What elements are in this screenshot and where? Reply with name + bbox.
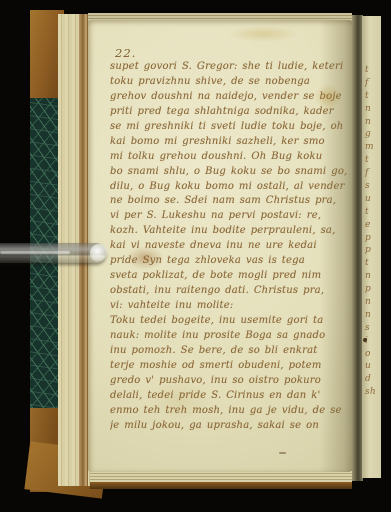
text-fragment: s: [365, 322, 381, 335]
paper-stain: [228, 26, 298, 42]
text-line: supet govori S. Gregor: she ti ludie, ke…: [110, 60, 350, 75]
glass-rod-page-weight: [0, 243, 106, 263]
text-line: ne boimo se. Sdei nam sam Christus pra,: [110, 194, 350, 209]
text-fragment: t: [365, 154, 381, 167]
text-fragment: n: [365, 103, 381, 116]
text-line: bo snami shlu, o Bug koku se bo snami go…: [110, 165, 350, 180]
text-line: obstati, inu raitengo dati. Christus pra…: [110, 284, 350, 299]
paper-stain: [150, 380, 210, 420]
text-fragment: f: [365, 77, 381, 90]
open-manuscript-book-photo: 22. supet govori S. Gregor: she ti ludie…: [0, 0, 391, 512]
text-line: je milu jokou, ga uprasha, sakai se on: [110, 419, 350, 434]
text-fragment: u: [365, 193, 381, 206]
text-fragment: u: [365, 360, 381, 373]
text-fragment: t: [365, 206, 381, 219]
text-line: nauk: molite inu prosite Boga sa gnado: [110, 329, 350, 344]
text-fragment: s: [365, 180, 381, 193]
text-line: toku pravizhnu shive, de se nobenga: [110, 75, 350, 90]
right-page-sliver: tftnngmtfsutepptnpnnsioudsh: [362, 16, 381, 478]
text-fragment: d: [365, 373, 381, 386]
text-line: vi: vahteite inu molite:: [110, 299, 350, 314]
text-line: priti pred tega shlahtniga sodnika, kade…: [110, 105, 350, 120]
text-fragment: p: [365, 244, 381, 257]
paper-speck: [363, 338, 367, 342]
text-fragment: m: [365, 141, 381, 154]
text-fragment: p: [365, 283, 381, 296]
text-line: gredo v' pushavo, inu so oistro pokuro: [110, 374, 350, 389]
paper-stain: [314, 84, 342, 110]
left-page: 22. supet govori S. Gregor: she ti ludie…: [88, 20, 354, 472]
text-fragment: p: [365, 232, 381, 245]
text-line: mi tolku grehou doushni. Oh Bug koku: [110, 150, 350, 165]
text-fragment: i: [365, 335, 381, 348]
text-line: Toku tedei bogeite, inu usemite gori ta: [110, 314, 350, 329]
text-fragment: n: [365, 296, 381, 309]
text-fragment: n: [365, 116, 381, 129]
page-number: 22.: [115, 46, 136, 60]
text-fragment: t: [365, 64, 381, 77]
text-line: inu pomozh. Se bere, de so bli enkrat: [110, 344, 350, 359]
text-line: se mi greshniki ti sveti ludie toku boje…: [110, 120, 350, 135]
text-fragment: t: [365, 257, 381, 270]
text-fragment: o: [365, 348, 381, 361]
text-fragment: t: [365, 90, 381, 103]
text-fragment: f: [365, 167, 381, 180]
text-fragment: sh: [365, 386, 381, 399]
rod-tip: [90, 244, 108, 262]
text-fragment: n: [365, 309, 381, 322]
text-line: delali, tedei pride S. Cirinus en dan k': [110, 389, 350, 404]
text-line: kai bomo mi greshniki sazheli, ker smo: [110, 135, 350, 150]
text-line: kozh. Vahteite inu bodite perprauleni, s…: [110, 224, 350, 239]
rod-highlight: [0, 251, 70, 254]
text-fragment: n: [365, 270, 381, 283]
text-fragment: e: [365, 219, 381, 232]
paper-speck: [279, 452, 286, 454]
ink-blot: [126, 246, 164, 270]
text-line: enmo teh treh mosh, inu ga je vidu, de s…: [110, 404, 350, 419]
text-line: terje moshie od smerti obudeni, potem: [110, 359, 350, 374]
text-line: dilu, o Bug koku bomo mi ostali, al vend…: [110, 180, 350, 195]
text-line: sveta poklizat, de bote mogli pred nim: [110, 269, 350, 284]
facing-page-text-fragments: tftnngmtfsutepptnpnnsioudsh: [365, 64, 381, 399]
text-line: vi per S. Lukeshu na pervi postavi: re,: [110, 209, 350, 224]
text-fragment: g: [365, 128, 381, 141]
